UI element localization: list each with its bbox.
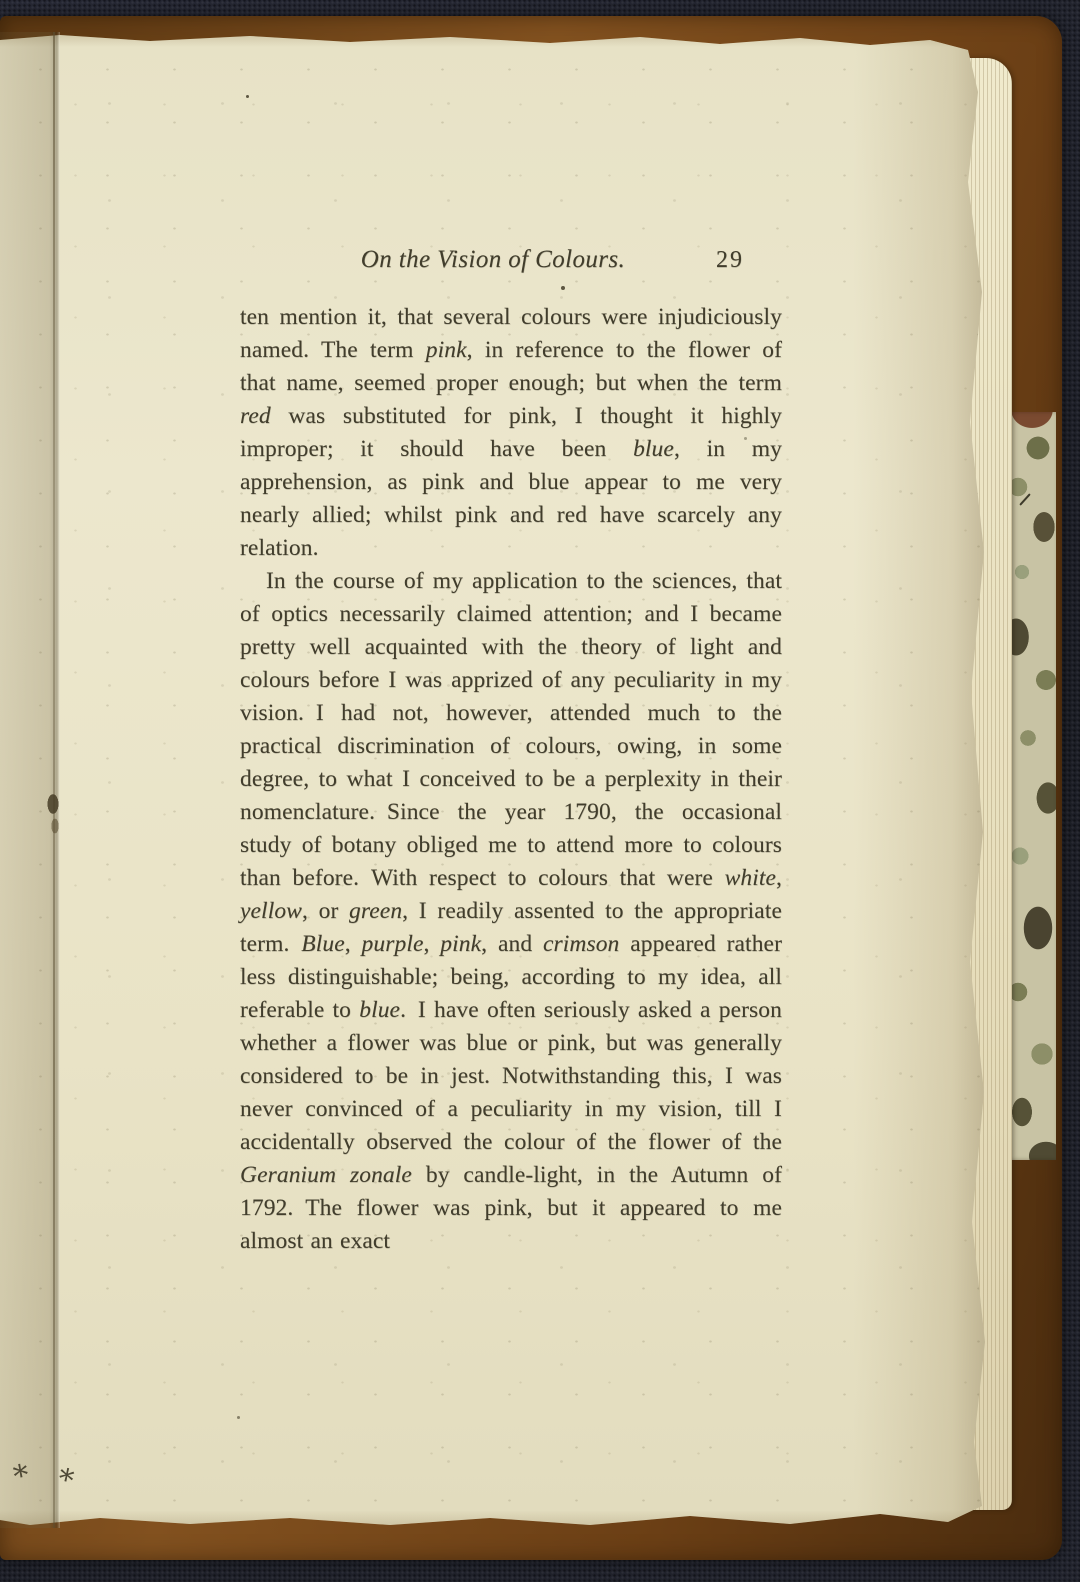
ink-speck bbox=[246, 95, 249, 98]
ink-speck bbox=[744, 437, 747, 440]
running-title: On the Vision of Colours. bbox=[222, 246, 764, 274]
gutter-shading bbox=[0, 32, 60, 1528]
ink-speck bbox=[561, 286, 565, 290]
marbled-endpaper-edge bbox=[1008, 412, 1056, 1160]
body-text: ten mention it, that several colours wer… bbox=[240, 301, 782, 1258]
running-head: On the Vision of Colours. 29 bbox=[240, 246, 782, 288]
gutter-crease-line bbox=[53, 32, 55, 1528]
ink-speck bbox=[237, 1416, 240, 1419]
page-number: 29 bbox=[716, 247, 744, 274]
printed-text-block: On the Vision of Colours. 29 ten mention… bbox=[240, 246, 782, 1258]
paragraph: ten mention it, that several colours wer… bbox=[240, 301, 782, 565]
binding-blemish bbox=[42, 788, 64, 836]
paragraph: In the course of my application to the s… bbox=[240, 565, 782, 1258]
